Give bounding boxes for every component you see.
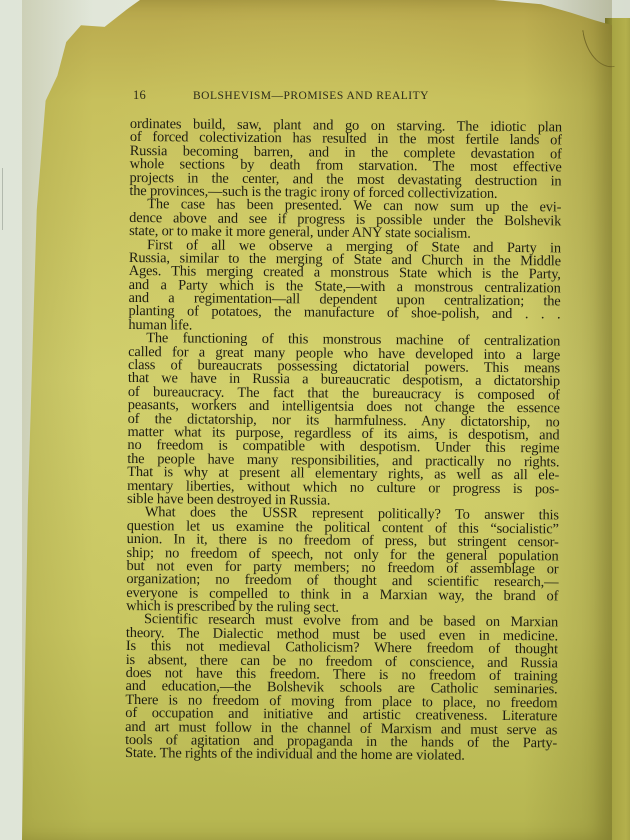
paragraph: First of all we observe a merging of Sta… xyxy=(128,239,561,336)
paragraph: The case has been presented. We can now … xyxy=(129,198,561,242)
paragraph: The functioning of this monstrous machin… xyxy=(127,332,560,509)
page-number: 16 xyxy=(133,88,193,103)
book-page-photo: 16 BOLSHEVISM—PROMISES AND REALITY ordin… xyxy=(0,0,630,840)
paragraph: ordinates build, saw, plant and go on st… xyxy=(129,118,562,202)
running-head: 16 BOLSHEVISM—PROMISES AND REALITY xyxy=(133,88,553,103)
body-text: ordinates build, saw, plant and go on st… xyxy=(125,118,562,764)
paragraph: What does the USSR represent politically… xyxy=(126,506,559,617)
paragraph: Scientific research must evolve from and… xyxy=(125,613,558,764)
background-mark xyxy=(2,168,8,230)
running-head-title: BOLSHEVISM—PROMISES AND REALITY xyxy=(193,90,429,102)
